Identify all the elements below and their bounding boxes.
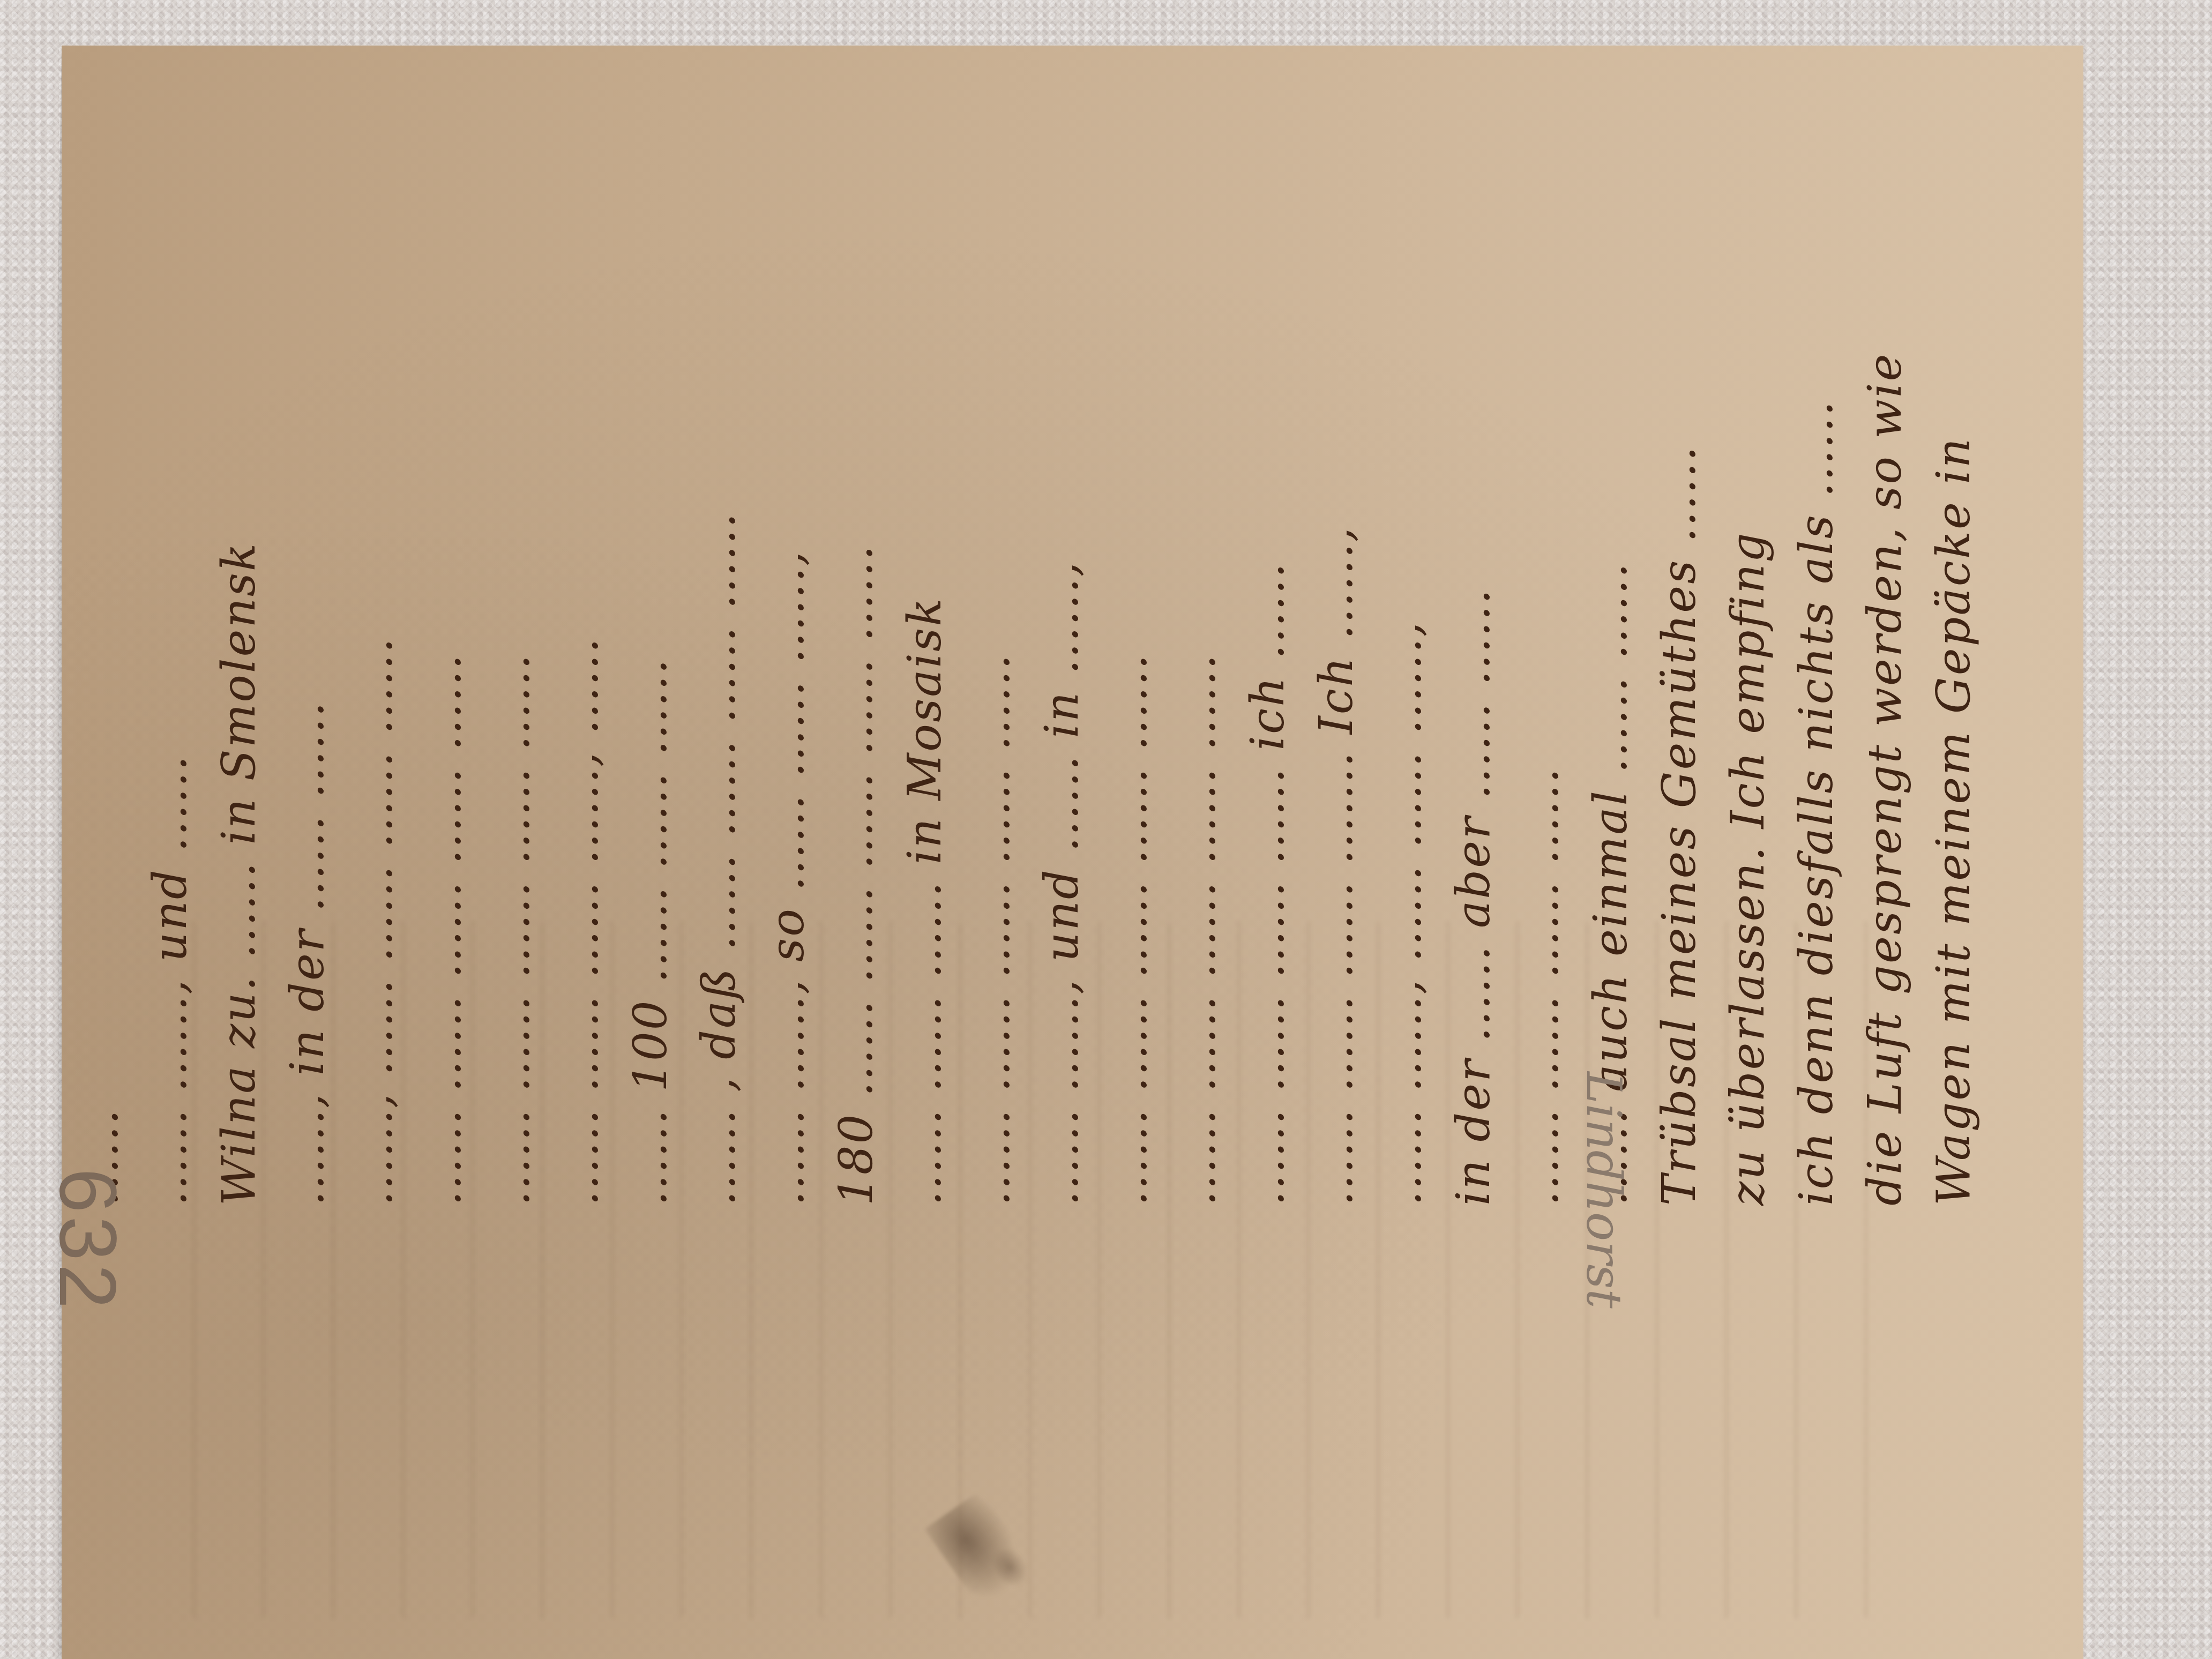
text-line: ...... ...... ...... ...... ...... xyxy=(1096,80,1165,1206)
text-line: Wagen mit meinem Gepäcke in xyxy=(1919,80,1988,1206)
text-line: ...... ......, und ...... in ......, xyxy=(1028,80,1096,1206)
text-line: ...... ...... ...... ......, ...... xyxy=(548,80,616,1206)
text-line: ...... ......, und ...... xyxy=(136,80,205,1206)
archive-page-number: 632 xyxy=(41,1168,134,1312)
pencil-annotation: Lindhorst xyxy=(1575,1072,1632,1309)
text-line: ...... ...... ...... ...... ich ...... xyxy=(1234,80,1302,1206)
text-line: ich denn diesfalls nichts als ...... xyxy=(1782,80,1851,1206)
text-line: ...... ...... ...... ...... ...... xyxy=(479,80,548,1206)
text-line: ...... ...... ...... ...... ...... xyxy=(959,80,1028,1206)
text-line: ...... auch einmal ...... ...... xyxy=(1576,80,1645,1206)
handwritten-text-block: Wagen mit meinem Gepäcke in die Luft ges… xyxy=(113,80,1988,1206)
text-line: ...... ...... ...... ....... Ich ......, xyxy=(1302,80,1371,1206)
text-line: zu überlassen. Ich empfing xyxy=(1714,80,1782,1206)
text-line: ......, in der ...... ...... xyxy=(273,80,342,1206)
text-line: ...... , daß ...... ...... ...... ...... xyxy=(685,80,753,1206)
text-line: in der ...... aber ...... ...... xyxy=(1439,80,1508,1206)
text-line: ...... ...... ...... ...... xyxy=(1508,80,1576,1206)
text-line: ...... ...... ...... ...... ...... xyxy=(1165,80,1234,1206)
text-line: ...... xyxy=(68,80,136,1206)
text-line: Trübsal meines Gemüthes ...... xyxy=(1645,80,1714,1206)
text-line: die Luft gesprengt werden, so wie xyxy=(1851,80,1919,1206)
text-line: ...... ...... ...... ...... ...... xyxy=(410,80,479,1206)
text-line: ......, ...... ...... ...... ...... xyxy=(342,80,410,1206)
text-line: ...... ...... ...... in Mosaisk xyxy=(891,80,959,1206)
text-line: ...... ......, ...... ...... ......, xyxy=(1371,80,1439,1206)
text-line: ...... 100 ...... ...... ...... xyxy=(616,80,685,1206)
text-line: Wilna zu. ...... in Smolensk xyxy=(205,80,273,1206)
text-line: ...... ......, so ...... ...... ......, xyxy=(753,80,822,1206)
text-line: 180 ...... ...... ...... ...... ...... xyxy=(822,80,891,1206)
